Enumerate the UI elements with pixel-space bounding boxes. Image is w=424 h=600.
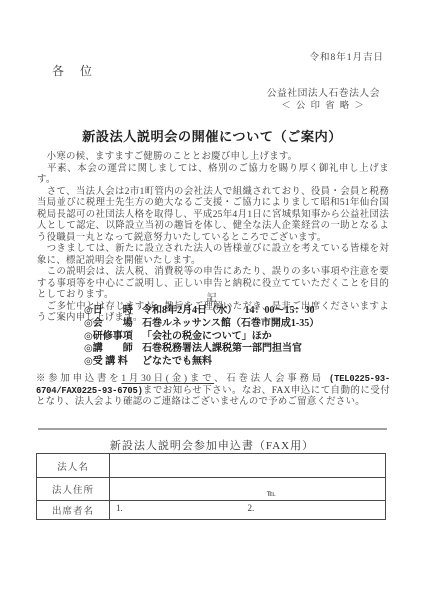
corp-name-field bbox=[110, 454, 385, 477]
detail-label: ◎会 場 bbox=[84, 319, 136, 330]
attendee-number-2: 2. bbox=[248, 503, 255, 513]
corp-name-label: 法人名 bbox=[37, 454, 110, 477]
detail-value: 石巻税務署法人課税第一部門担当官 bbox=[142, 344, 302, 355]
application-note: ※参加申込書を1月30日(金)まで、石巻法人会事務局 (TEL0225-93-6… bbox=[36, 374, 390, 409]
detail-value: 「会社の税金について」ほか bbox=[142, 332, 272, 343]
detail-value: どなたでも無料 bbox=[142, 357, 212, 368]
document-title: 新設法人説明会の開催について（ご案内） bbox=[0, 126, 424, 145]
table-row-corp-address: 法人住所 ℡ bbox=[37, 478, 385, 501]
detail-label: ◎日 時 bbox=[84, 306, 136, 317]
detail-row-fee: ◎受 講 料 どなたでも無料 bbox=[84, 357, 319, 368]
table-row-attendees: 出席者名 1. 2. bbox=[37, 501, 385, 519]
body-paragraph: つきましては、新たに設立された法人の皆様並びに設立を考えている皆様を対象に、標記… bbox=[37, 244, 389, 267]
attendee-number-1: 1. bbox=[116, 503, 123, 513]
detail-value: 石巻ルネッサンス館（石巻市開成1-35） bbox=[142, 319, 319, 330]
issue-date: 令和8年1月吉日 bbox=[309, 49, 384, 63]
body-paragraph: さて、当法人会は2市1町管内の会社法人で組織されており、役員・会員と税務当局並び… bbox=[37, 187, 389, 245]
document-page: 令和8年1月吉日 各 位 公益社団法人石巻法人会 ＜ 公 印 省 略 ＞ 新設法… bbox=[0, 0, 424, 600]
detail-row-lecturer: ◎講 師 石巻税務署法人課税第一部門担当官 bbox=[84, 344, 319, 355]
application-form-table: 法人名 法人住所 ℡ 出席者名 1. 2. bbox=[36, 453, 386, 520]
attendee-field: 1. 2. bbox=[110, 501, 385, 519]
cut-separator-line bbox=[38, 428, 387, 430]
tel-mark: ℡ bbox=[267, 488, 276, 499]
corp-address-field: ℡ bbox=[110, 478, 385, 500]
detail-label: ◎受 講 料 bbox=[84, 357, 136, 368]
sender-block: 公益社団法人石巻法人会 ＜ 公 印 省 略 ＞ bbox=[267, 88, 380, 112]
body-paragraph: 平素、本会の運営に関しましては、格別のご協力を賜り厚く御礼申し上げます。 bbox=[37, 164, 389, 187]
note-deadline: 1月30日(金)まで bbox=[121, 374, 214, 384]
table-row-corp-name: 法人名 bbox=[37, 454, 385, 478]
corp-address-label: 法人住所 bbox=[37, 478, 110, 500]
attendee-label: 出席者名 bbox=[37, 501, 110, 519]
note-middle: 、石巻法人会事務局 bbox=[214, 374, 329, 384]
body-paragraph: 小寒の候、ますますご健勝のこととお慶び申し上げます。 bbox=[37, 152, 389, 164]
detail-row-venue: ◎会 場 石巻ルネッサンス館（石巻市開成1-35） bbox=[84, 319, 319, 330]
detail-label: ◎研修事項 bbox=[84, 332, 136, 343]
seal-omitted-note: ＜ 公 印 省 略 ＞ bbox=[267, 100, 380, 112]
event-details-list: ◎日 時 令和8年2月4日（水） 14：00～15：30 ◎会 場 石巻ルネッサ… bbox=[84, 306, 319, 370]
ki-separator: 記 bbox=[0, 289, 424, 304]
detail-value: 令和8年2月4日（水） 14：00～15：30 bbox=[142, 306, 315, 317]
detail-label: ◎講 師 bbox=[84, 344, 136, 355]
detail-row-subject: ◎研修事項 「会社の税金について」ほか bbox=[84, 332, 319, 343]
organization-name: 公益社団法人石巻法人会 bbox=[267, 88, 380, 100]
detail-row-datetime: ◎日 時 令和8年2月4日（水） 14：00～15：30 bbox=[84, 306, 319, 317]
note-prefix: ※参加申込書を bbox=[36, 374, 121, 384]
fax-form-title: 新設法人説明会参加申込書（FAX用） bbox=[0, 437, 424, 453]
recipient: 各 位 bbox=[52, 62, 94, 79]
